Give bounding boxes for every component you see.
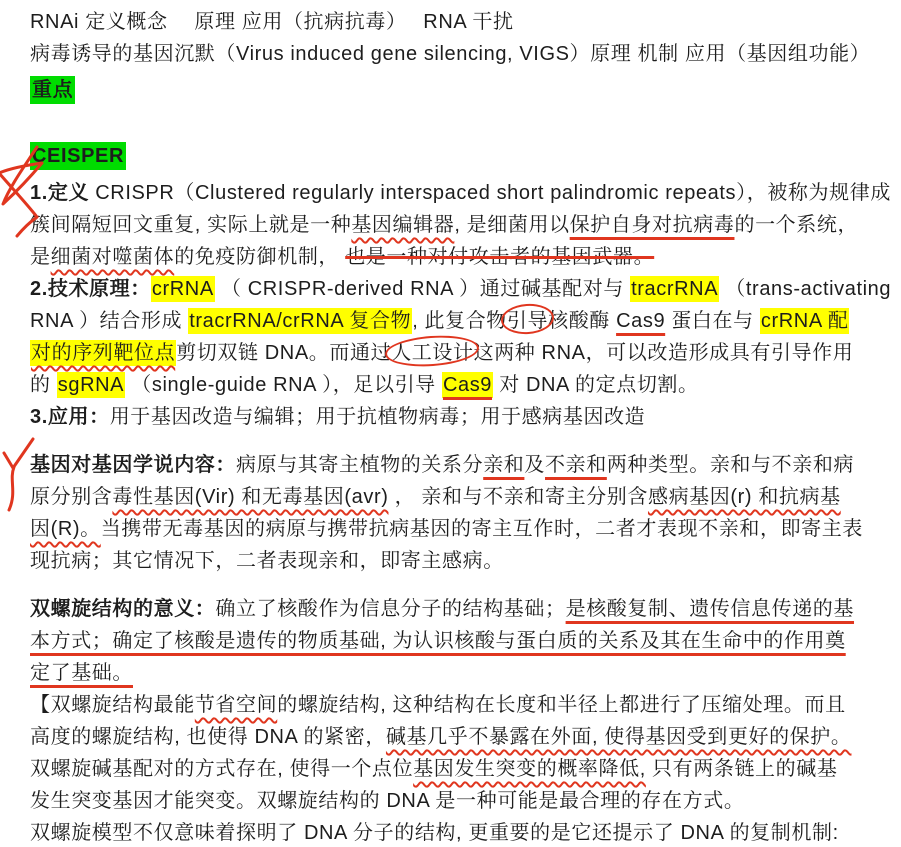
text-segment: tracrRNA — [630, 276, 719, 302]
text-segment: CRISPR（Clustered regularly interspaced s… — [89, 182, 891, 204]
text-segment: 基因编辑器 — [351, 214, 454, 236]
principle-label: 2.技术原理： — [30, 278, 151, 300]
text-line: 的 sgRNA （single-guide RNA ），足以引导 Cas9 对 … — [30, 369, 887, 401]
application-label: 3.应用： — [30, 406, 110, 428]
text-line: CEISPER — [30, 140, 887, 172]
definition-label: 1.定义 — [30, 182, 89, 204]
text-segment: 双螺旋碱基配对的方式存在, 使得一个点位 — [30, 758, 413, 780]
double-helix-significance: 双螺旋结构的意义：确立了核酸作为信息分子的结构基础；是核酸复制、遗传信息传递的基… — [30, 593, 887, 689]
text-segment: （trans-activating — [719, 278, 891, 300]
text-segment: 确立了核酸作为信息分子的结构基础； — [215, 598, 565, 620]
text-segment: Cas9 — [442, 372, 493, 398]
key-point-label: 重点 — [30, 76, 75, 104]
rnai-topic-line: RNAi 定义概念 原理 应用（抗病抗毒） RNA 干扰 — [30, 11, 514, 33]
text-line: 基因对基因学说内容：病原与其寄主植物的关系分亲和及不亲和两种类型。亲和与不亲和病 — [30, 449, 887, 481]
text-segment: 病原与其寄主植物的关系分 — [236, 454, 483, 476]
text-segment: 保护自身对抗病毒 — [570, 214, 735, 236]
double-helix-discussion: 【双螺旋结构最能节省空间的螺旋结构, 这种结构在长度和半径上都进行了压缩处理。而… — [30, 689, 887, 847]
text-segment: 发生突变基因才能突变。双螺旋结构的 DNA 是一种可能是最合理的存在方式。 — [30, 790, 744, 812]
key-point-flag: 重点 — [30, 74, 887, 106]
double-helix-label: 双螺旋结构的意义： — [30, 598, 215, 620]
text-segment: 对的序列靶位点 — [30, 340, 176, 366]
text-line: 定了基础。 — [30, 657, 887, 689]
crispr-notes: 1.定义 CRISPR（Clustered regularly interspa… — [30, 177, 887, 433]
text-segment: 高度的螺旋结构, 也使得 DNA 的紧密， — [30, 726, 386, 748]
text-segment: 人工设计 — [391, 342, 473, 364]
text-segment: 核酸酶 — [548, 310, 616, 332]
text-segment: 引导 — [507, 310, 548, 332]
text-segment: 的免疫防御机制， — [174, 246, 345, 268]
rnai-header: RNAi 定义概念 原理 应用（抗病抗毒） RNA 干扰病毒诱导的基因沉默（Vi… — [30, 6, 887, 70]
text-line: 双螺旋碱基配对的方式存在, 使得一个点位基因发生突变的概率降低, 只有两条链上的… — [30, 753, 887, 785]
text-segment: 当携带无毒基因的病原与携带抗病基因的寄主互作时，二者才表现不亲和，即寄主表 — [101, 518, 863, 540]
text-line: 3.应用：用于基因改造与编辑；用于抗植物病毒；用于感病基因改造 — [30, 401, 887, 433]
document-body: RNAi 定义概念 原理 应用（抗病抗毒） RNA 干扰病毒诱导的基因沉默（Vi… — [30, 6, 887, 847]
crispr-heading-label: CEISPER — [30, 142, 126, 170]
text-segment: 剪切双链 DNA。而通过 — [176, 342, 391, 364]
text-segment: , 是细菌用以 — [454, 214, 569, 236]
text-line: RNA ）结合形成 tracrRNA/crRNA 复合物, 此复合物引导核酸酶 … — [30, 305, 887, 337]
text-line: 高度的螺旋结构, 也使得 DNA 的紧密，碱基几乎不暴露在外面, 使得基因受到更… — [30, 721, 887, 753]
text-segment: Cas9 — [616, 310, 665, 332]
text-segment: 对 DNA 的定点切割。 — [493, 374, 699, 396]
text-segment: 的螺旋结构, 这种结构在长度和半径上都进行了压缩处理。而且 — [277, 694, 846, 716]
text-segment: 这两种 RNA，可以改造形成具有引导作用 — [474, 342, 854, 364]
text-segment: 【双螺旋结构最能 — [30, 694, 195, 716]
text-segment: 簇间隔短回文重复, 实际上就是一种 — [30, 214, 351, 236]
text-segment: 节省空间 — [195, 694, 277, 716]
text-segment: 及 — [524, 454, 545, 476]
text-segment: 是核酸复制、遗传信息传递的基 — [566, 598, 854, 620]
text-segment: 碱基几乎不暴露在外面, 使得基因受到更好的保护。 — [386, 726, 852, 748]
vigs-topic-line: 病毒诱导的基因沉默（Virus induced gene silencing, … — [30, 43, 870, 65]
text-segment: 的 — [30, 374, 57, 396]
text-segment: （single-guide RNA ），足以引导 — [125, 374, 442, 396]
ceisper-heading: CEISPER — [30, 140, 887, 172]
text-segment: （ CRISPR-derived RNA ）通过碱基配对与 — [215, 278, 630, 300]
notes-page: RNAi 定义概念 原理 应用（抗病抗毒） RNA 干扰病毒诱导的基因沉默（Vi… — [0, 0, 901, 847]
text-segment: 双螺旋模型不仅意味着探明了 DNA 分子的结构, 更重要的是它还提示了 DNA … — [30, 822, 839, 844]
text-segment: crRNA 配 — [760, 308, 850, 334]
text-line: 是细菌对噬菌体的免疫防御机制， 也是一种对付攻击者的基因武器。 — [30, 241, 887, 273]
text-line: 【双螺旋结构最能节省空间的螺旋结构, 这种结构在长度和半径上都进行了压缩处理。而… — [30, 689, 887, 721]
text-segment: 原分别含 — [30, 486, 112, 508]
text-line: 双螺旋结构的意义：确立了核酸作为信息分子的结构基础；是核酸复制、遗传信息传递的基 — [30, 593, 887, 625]
text-segment: 两种类型。亲和与不亲和病 — [607, 454, 854, 476]
text-segment: sgRNA — [57, 372, 125, 398]
text-line: 原分别含毒性基因(Vir) 和无毒基因(avr) ， 亲和与不亲和寄主分别含感病… — [30, 481, 887, 513]
text-segment: 毒性基因(Vir) 和无毒基因(avr) — [112, 486, 388, 508]
text-segment: ， 亲和与不亲和寄主分别含 — [388, 486, 648, 508]
text-segment: 的一个系统， — [734, 214, 858, 236]
text-segment: 也是一种对付攻击者的基因武器。 — [345, 246, 654, 268]
text-line: 发生突变基因才能突变。双螺旋结构的 DNA 是一种可能是最合理的存在方式。 — [30, 785, 887, 817]
gene-for-gene-label: 基因对基因学说内容： — [30, 454, 236, 476]
text-segment: 定了基础。 — [30, 662, 133, 684]
text-line: 1.定义 CRISPR（Clustered regularly interspa… — [30, 177, 887, 209]
text-line: 双螺旋模型不仅意味着探明了 DNA 分子的结构, 更重要的是它还提示了 DNA … — [30, 817, 887, 847]
text-segment: RNA ）结合形成 — [30, 310, 188, 332]
text-line: 现抗病；其它情况下，二者表现亲和，即寄主感病。 — [30, 545, 887, 577]
gene-for-gene-paragraph: 基因对基因学说内容：病原与其寄主植物的关系分亲和及不亲和两种类型。亲和与不亲和病… — [30, 449, 887, 577]
text-line: 因(R)。当携带无毒基因的病原与携带抗病基因的寄主互作时，二者才表现不亲和，即寄… — [30, 513, 887, 545]
text-segment: 感病基因(r) 和抗病基 — [648, 486, 841, 508]
text-segment: 现抗病；其它情况下，二者表现亲和，即寄主感病。 — [30, 550, 504, 572]
text-line: 对的序列靶位点剪切双链 DNA。而通过人工设计这两种 RNA，可以改造形成具有引… — [30, 337, 887, 369]
text-segment: 用于基因改造与编辑；用于抗植物病毒；用于感病基因改造 — [110, 406, 646, 428]
text-line: 簇间隔短回文重复, 实际上就是一种基因编辑器, 是细菌用以保护自身对抗病毒的一个… — [30, 209, 887, 241]
text-line: 重点 — [30, 74, 887, 106]
text-segment: 因(R)。 — [30, 518, 101, 540]
text-line: 本方式；确定了核酸是遗传的物质基础, 为认识核酸与蛋白质的关系及其在生命中的作用… — [30, 625, 887, 657]
text-segment: 本方式；确定了核酸是遗传的物质基础, 为认识核酸与蛋白质的关系及其在生命中的作用… — [30, 630, 846, 652]
text-segment: , 此复合物 — [412, 310, 507, 332]
text-segment: crRNA — [151, 276, 215, 302]
text-line: 病毒诱导的基因沉默（Virus induced gene silencing, … — [30, 38, 887, 70]
text-segment: 基因发生突变的概率降低, — [413, 758, 646, 780]
text-segment: 是 — [30, 246, 51, 268]
text-line: RNAi 定义概念 原理 应用（抗病抗毒） RNA 干扰 — [30, 6, 887, 38]
text-segment: 只有两条链上的碱基 — [646, 758, 838, 780]
text-segment: 不亲和 — [545, 454, 607, 476]
text-segment: 细菌对噬菌体 — [51, 246, 175, 268]
text-segment: 蛋白在与 — [665, 310, 760, 332]
text-segment: 亲和 — [483, 454, 524, 476]
text-line: 2.技术原理：crRNA （ CRISPR-derived RNA ）通过碱基配… — [30, 273, 887, 305]
text-segment: tracrRNA/crRNA 复合物 — [188, 308, 412, 334]
